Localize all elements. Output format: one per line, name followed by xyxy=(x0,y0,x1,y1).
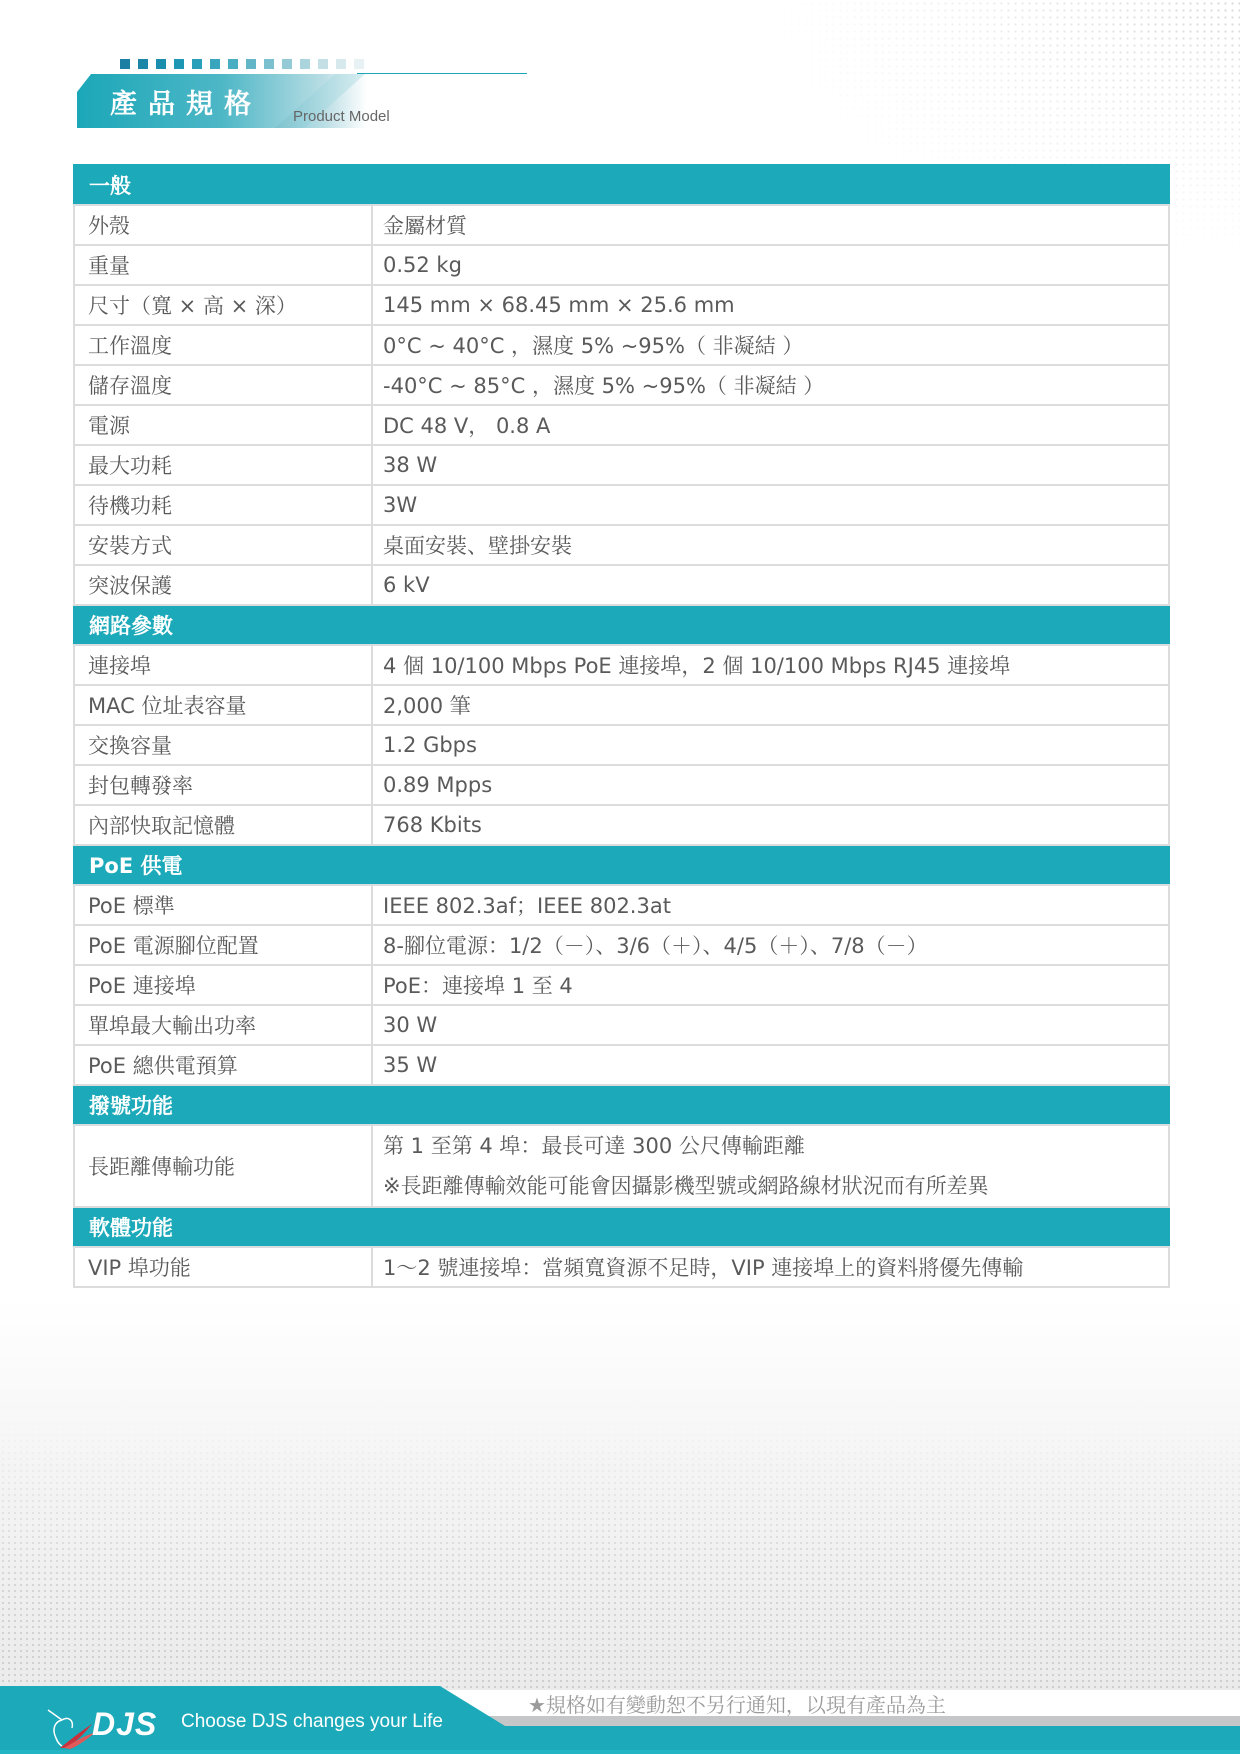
spec-value: 第 1 至第 4 埠：最長可達 300 公尺傳輸距離※長距離傳輸效能可能會因攝影… xyxy=(372,1125,1169,1207)
decorative-square xyxy=(138,59,148,69)
spec-value: 768 Kbits xyxy=(372,805,1169,845)
spec-value: 30 W xyxy=(372,1005,1169,1045)
table-row: 外殼金屬材質 xyxy=(74,205,1169,245)
spec-value: 0.89 Mpps xyxy=(372,765,1169,805)
table-row: MAC 位址表容量2,000 筆 xyxy=(74,685,1169,725)
decorative-square xyxy=(300,59,310,69)
spec-label: 交換容量 xyxy=(74,725,372,765)
spec-value: 35 W xyxy=(372,1045,1169,1085)
spec-label: PoE 標準 xyxy=(74,885,372,925)
section-title: PoE 供電 xyxy=(74,845,1169,885)
table-row: 電源DC 48 V， 0.8 A xyxy=(74,405,1169,445)
spec-label: 安裝方式 xyxy=(74,525,372,565)
spec-value-line: ※長距離傳輸效能可能會因攝影機型號或網路線材狀況而有所差異 xyxy=(383,1166,1168,1206)
section-header: 軟體功能 xyxy=(74,1207,1169,1247)
spec-value: 1～2 號連接埠：當頻寬資源不足時，VIP 連接埠上的資料將優先傳輸 xyxy=(372,1247,1169,1287)
decorative-square xyxy=(246,59,256,69)
spec-value: 6 kV xyxy=(372,565,1169,605)
spec-label: 待機功耗 xyxy=(74,485,372,525)
decorative-square xyxy=(336,59,346,69)
spec-label: 最大功耗 xyxy=(74,445,372,485)
spec-label: 內部快取記憶體 xyxy=(74,805,372,845)
spec-label: MAC 位址表容量 xyxy=(74,685,372,725)
section-header: 撥號功能 xyxy=(74,1085,1169,1125)
spec-label: VIP 埠功能 xyxy=(74,1247,372,1287)
spec-value: 1.2 Gbps xyxy=(372,725,1169,765)
spec-value: 4 個 10/100 Mbps PoE 連接埠，2 個 10/100 Mbps … xyxy=(372,645,1169,685)
spec-value: -40°C ~ 85°C ，濕度 5% ~95%（ 非凝結 ） xyxy=(372,365,1169,405)
spec-label: 重量 xyxy=(74,245,372,285)
spec-label: PoE 總供電預算 xyxy=(74,1045,372,1085)
spec-label: 封包轉發率 xyxy=(74,765,372,805)
title-underline xyxy=(357,73,527,74)
decorative-square xyxy=(282,59,292,69)
table-row: PoE 電源腳位配置8-腳位電源：1/2（－）、3/6（＋）、4/5（＋）、7/… xyxy=(74,925,1169,965)
table-row: 內部快取記憶體768 Kbits xyxy=(74,805,1169,845)
table-row: 儲存溫度-40°C ~ 85°C ，濕度 5% ~95%（ 非凝結 ） xyxy=(74,365,1169,405)
table-row: 最大功耗38 W xyxy=(74,445,1169,485)
spec-label: 尺寸（寬 × 高 × 深） xyxy=(74,285,372,325)
table-row: 工作溫度0°C ~ 40°C ，濕度 5% ~95%（ 非凝結 ） xyxy=(74,325,1169,365)
page-subtitle: Product Model xyxy=(293,108,390,125)
spec-label: 長距離傳輸功能 xyxy=(74,1125,372,1207)
spec-label: 突波保護 xyxy=(74,565,372,605)
spec-value: 0.52 kg xyxy=(372,245,1169,285)
footer-brand: DJS xyxy=(92,1706,157,1743)
decorative-square xyxy=(156,59,166,69)
spec-value: IEEE 802.3af；IEEE 802.3at xyxy=(372,885,1169,925)
footer-notice: ★規格如有變動恕不另行通知，以現有產品為主 xyxy=(528,1689,946,1718)
section-header: PoE 供電 xyxy=(74,845,1169,885)
table-row: PoE 總供電預算35 W xyxy=(74,1045,1169,1085)
spec-value-line: 第 1 至第 4 埠：最長可達 300 公尺傳輸距離 xyxy=(383,1126,1168,1166)
spec-value: 桌面安裝、壁掛安裝 xyxy=(372,525,1169,565)
decorative-square xyxy=(192,59,202,69)
spec-value: 145 mm × 68.45 mm × 25.6 mm xyxy=(372,285,1169,325)
spec-value: 0°C ~ 40°C ，濕度 5% ~95%（ 非凝結 ） xyxy=(372,325,1169,365)
footer-band-edge xyxy=(0,1750,1240,1754)
decorative-square xyxy=(228,59,238,69)
section-header: 一般 xyxy=(74,165,1169,205)
spec-label: PoE 電源腳位配置 xyxy=(74,925,372,965)
spec-label: 連接埠 xyxy=(74,645,372,685)
decorative-square xyxy=(174,59,184,69)
table-row: 交換容量1.2 Gbps xyxy=(74,725,1169,765)
section-title: 撥號功能 xyxy=(74,1085,1169,1125)
table-row: 尺寸（寬 × 高 × 深）145 mm × 68.45 mm × 25.6 mm xyxy=(74,285,1169,325)
spec-value: 3W xyxy=(372,485,1169,525)
unicorn-logo-icon xyxy=(40,1706,100,1750)
section-title: 一般 xyxy=(74,165,1169,205)
table-row: 安裝方式桌面安裝、壁掛安裝 xyxy=(74,525,1169,565)
table-row: 重量0.52 kg xyxy=(74,245,1169,285)
table-row: 單埠最大輸出功率30 W xyxy=(74,1005,1169,1045)
spec-label: 外殼 xyxy=(74,205,372,245)
decorative-squares xyxy=(120,59,364,69)
spec-label: PoE 連接埠 xyxy=(74,965,372,1005)
table-row: 長距離傳輸功能第 1 至第 4 埠：最長可達 300 公尺傳輸距離※長距離傳輸效… xyxy=(74,1125,1169,1207)
decorative-square xyxy=(210,59,220,69)
page-title-banner: 產品規格 Product Model xyxy=(77,56,457,130)
spec-label: 工作溫度 xyxy=(74,325,372,365)
table-row: VIP 埠功能1～2 號連接埠：當頻寬資源不足時，VIP 連接埠上的資料將優先傳… xyxy=(74,1247,1169,1287)
footer-slogan: Choose DJS changes your Life xyxy=(181,1711,443,1733)
spec-value: PoE：連接埠 1 至 4 xyxy=(372,965,1169,1005)
spec-label: 單埠最大輸出功率 xyxy=(74,1005,372,1045)
table-row: 突波保護6 kV xyxy=(74,565,1169,605)
section-header: 網路參數 xyxy=(74,605,1169,645)
spec-label: 儲存溫度 xyxy=(74,365,372,405)
section-title: 軟體功能 xyxy=(74,1207,1169,1247)
decorative-square xyxy=(318,59,328,69)
table-row: PoE 標準IEEE 802.3af；IEEE 802.3at xyxy=(74,885,1169,925)
spec-value: DC 48 V， 0.8 A xyxy=(372,405,1169,445)
background-dot-pattern-bottom xyxy=(0,1420,1240,1690)
spec-value: 8-腳位電源：1/2（－）、3/6（＋）、4/5（＋）、7/8（－） xyxy=(372,925,1169,965)
decorative-square xyxy=(120,59,130,69)
spec-table: 一般外殼金屬材質重量0.52 kg尺寸（寬 × 高 × 深）145 mm × 6… xyxy=(73,164,1170,1288)
spec-label: 電源 xyxy=(74,405,372,445)
table-row: PoE 連接埠PoE：連接埠 1 至 4 xyxy=(74,965,1169,1005)
spec-value: 2,000 筆 xyxy=(372,685,1169,725)
decorative-square xyxy=(354,59,364,69)
decorative-square xyxy=(264,59,274,69)
page-title: 產品規格 xyxy=(110,82,262,121)
table-row: 封包轉發率0.89 Mpps xyxy=(74,765,1169,805)
spec-value: 金屬材質 xyxy=(372,205,1169,245)
table-row: 待機功耗3W xyxy=(74,485,1169,525)
spec-value: 38 W xyxy=(372,445,1169,485)
table-row: 連接埠4 個 10/100 Mbps PoE 連接埠，2 個 10/100 Mb… xyxy=(74,645,1169,685)
section-title: 網路參數 xyxy=(74,605,1169,645)
